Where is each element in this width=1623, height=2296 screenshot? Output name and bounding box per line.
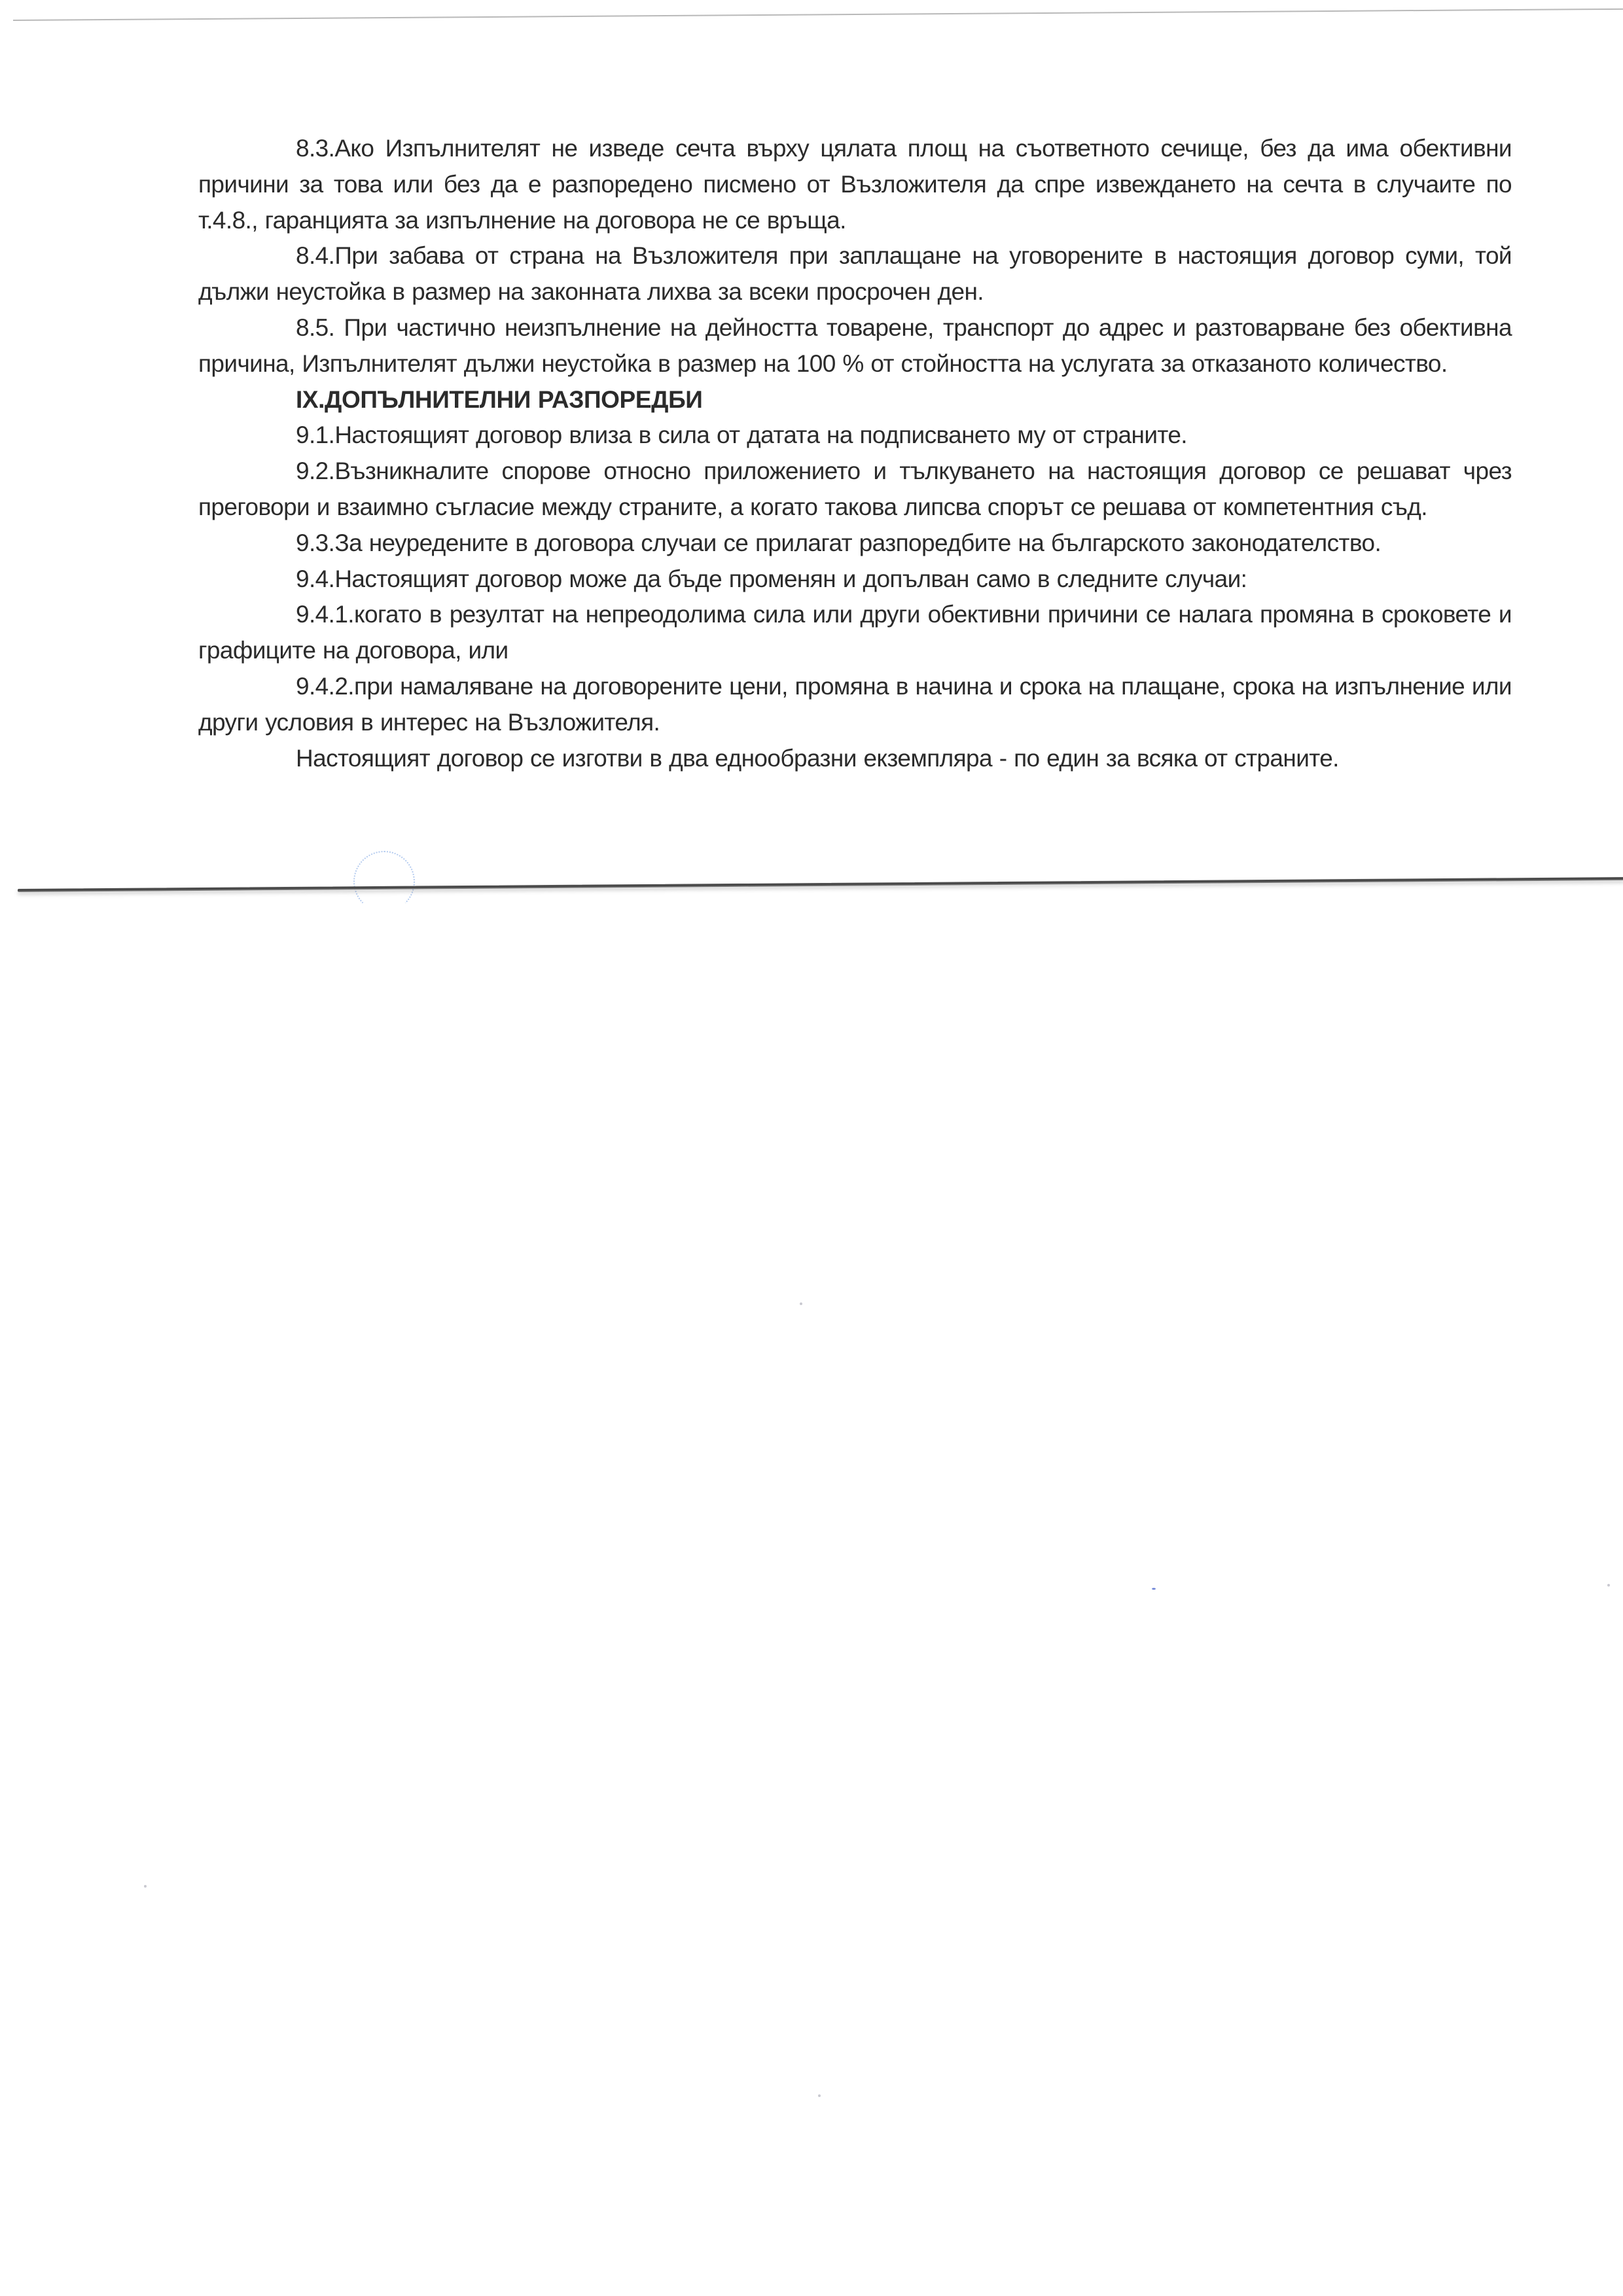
scan-noise-speck	[1152, 1588, 1156, 1590]
clause-9-4: 9.4.Настоящият договор може да бъде пром…	[198, 562, 1512, 598]
clause-8-3: 8.3.Ако Изпълнителят не изведе сечта вър…	[198, 131, 1512, 238]
stamp-trace-icon	[353, 851, 415, 912]
clause-8-4: 8.4.При забава от страна на Възложителя …	[198, 238, 1512, 310]
scan-noise-speck	[144, 1885, 147, 1888]
document-body: 8.3.Ако Изпълнителят не изведе сечта вър…	[198, 131, 1512, 776]
clause-9-3: 9.3.За неуредените в договора случаи се …	[198, 526, 1512, 562]
section-heading-ix: IX.ДОПЪЛНИТЕЛНИ РАЗПОРЕДБИ	[198, 382, 1512, 418]
clause-8-5: 8.5. При частично неизпълнение на дейнос…	[198, 310, 1512, 382]
clause-9-2: 9.2.Възникналите спорове относно приложе…	[198, 454, 1512, 526]
clause-9-4-1: 9.4.1.когато в резултат на непреодолима …	[198, 597, 1512, 669]
closing-statement: Настоящият договор се изготви в два едно…	[198, 741, 1512, 777]
scan-top-edge-line	[13, 9, 1623, 21]
clause-9-4-2: 9.4.2.при намаляване на договорените цен…	[198, 669, 1512, 741]
clause-9-1: 9.1.Настоящият договор влиза в сила от д…	[198, 418, 1512, 454]
scan-noise-speck	[1607, 1584, 1610, 1587]
scan-cut-edge-line	[18, 877, 1623, 892]
scan-noise-speck	[800, 1302, 802, 1305]
scan-noise-speck	[818, 2094, 821, 2097]
